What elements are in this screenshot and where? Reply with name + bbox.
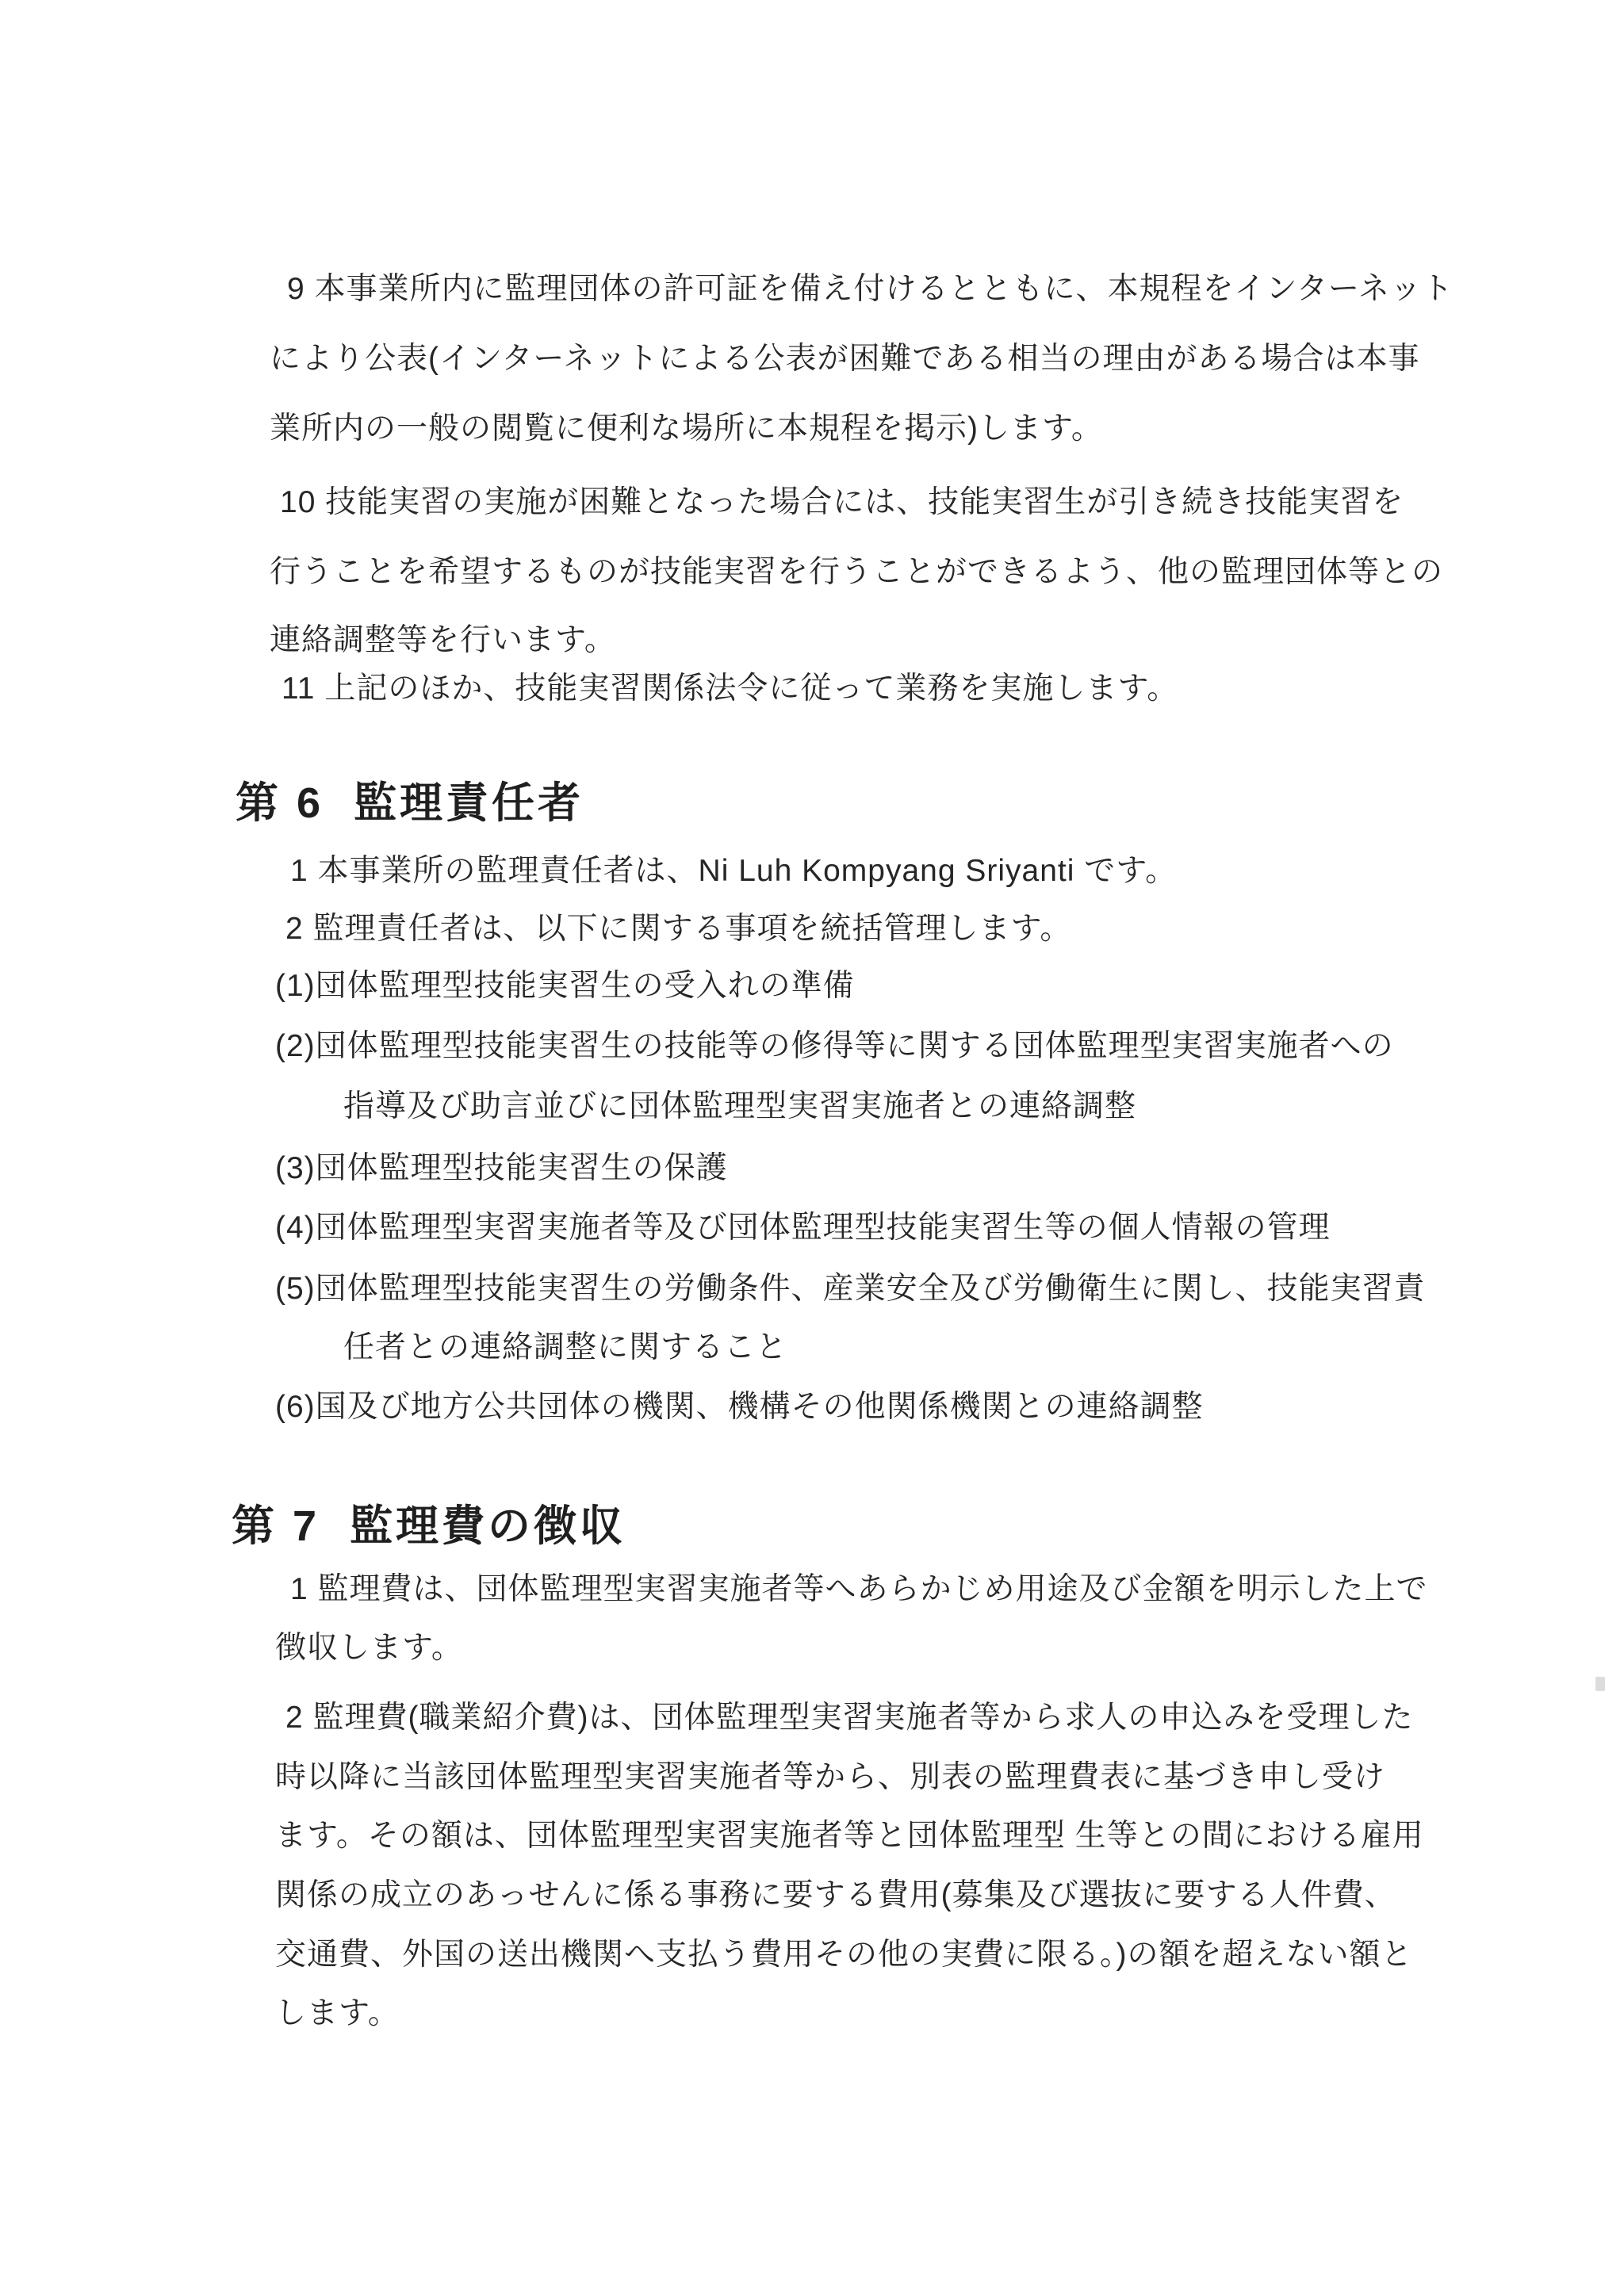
text-line: 11 上記のほか、技能実習関係法令に従って業務を実施します。 — [282, 672, 1178, 707]
text-line: 業所内の一般の閲覧に便利な場所に本規程を掲示)します。 — [270, 411, 1103, 447]
text-line: (2)団体監理型技能実習生の技能等の修得等に関する団体監理型実習実施者への — [275, 1029, 1394, 1065]
text-line: 徴収します。 — [275, 1631, 463, 1667]
document-page: 9 本事業所内に監理団体の許可証を備え付けるとともに、本規程をインターネットによ… — [0, 0, 1624, 2296]
text-line: 1 本事業所の監理責任者は、Ni Luh Kompyang Sriyanti で… — [290, 854, 1177, 890]
scan-artifact-mark — [1595, 1677, 1605, 1691]
text-line: ます。その額は、団体監理型実習実施者等と団体監理型 生等との間における雇用 — [275, 1819, 1424, 1854]
text-line: します。 — [275, 1996, 400, 2032]
text-line: 9 本事業所内に監理団体の許可証を備え付けるとともに、本規程をインターネット — [287, 272, 1454, 308]
text-line: (1)団体監理型技能実習生の受入れの準備 — [275, 969, 855, 1004]
text-line: 2 監理費(職業紹介費)は、団体監理型実習実施者等から求人の申込みを受理した — [285, 1701, 1414, 1736]
text-line: 関係の成立のあっせんに係る事務に要する費用(募集及び選抜に要する人件費、 — [275, 1878, 1396, 1914]
text-line: 指導及び助言並びに団体監理型実習実施者との連絡調整 — [343, 1089, 1136, 1125]
text-line: 10 技能実習の実施が困難となった場合には、技能実習生が引き続き技能実習を — [280, 485, 1404, 521]
text-line: (3)団体監理型技能実習生の保護 — [275, 1151, 728, 1187]
text-line: 交通費、外国の送出機関へ支払う費用その他の実費に限る。)の額を超えない額と — [275, 1938, 1413, 1973]
text-line: (4)団体監理型実習実施者等及び団体監理型技能実習生等の個人情報の管理 — [275, 1211, 1331, 1246]
text-line: 任者との連絡調整に関すること — [343, 1330, 787, 1366]
section-heading: 第 6 監理責任者 — [236, 779, 584, 828]
text-line: 1 監理費は、団体監理型実習実施者等へあらかじめ用途及び金額を明示した上で — [290, 1572, 1428, 1608]
text-line: 時以降に当該団体監理型実習実施者等から、別表の監理費表に基づき申し受け — [275, 1760, 1385, 1796]
text-line: (6)国及び地方公共団体の機関、機構その他関係機関との連絡調整 — [275, 1390, 1204, 1425]
text-line: により公表(インターネットによる公表が困難である相当の理由がある場合は本事 — [270, 342, 1419, 377]
text-line: 2 監理責任者は、以下に関する事項を統括管理します。 — [285, 912, 1071, 947]
text-line: 連絡調整等を行います。 — [270, 623, 616, 659]
text-line: 行うことを希望するものが技能実習を行うことができるよう、他の監理団体等との — [270, 555, 1443, 591]
text-line: (5)団体監理型技能実習生の労働条件、産業安全及び労働衛生に関し、技能実習責 — [275, 1272, 1426, 1307]
section-heading: 第 7 監理費の徴収 — [232, 1502, 626, 1551]
